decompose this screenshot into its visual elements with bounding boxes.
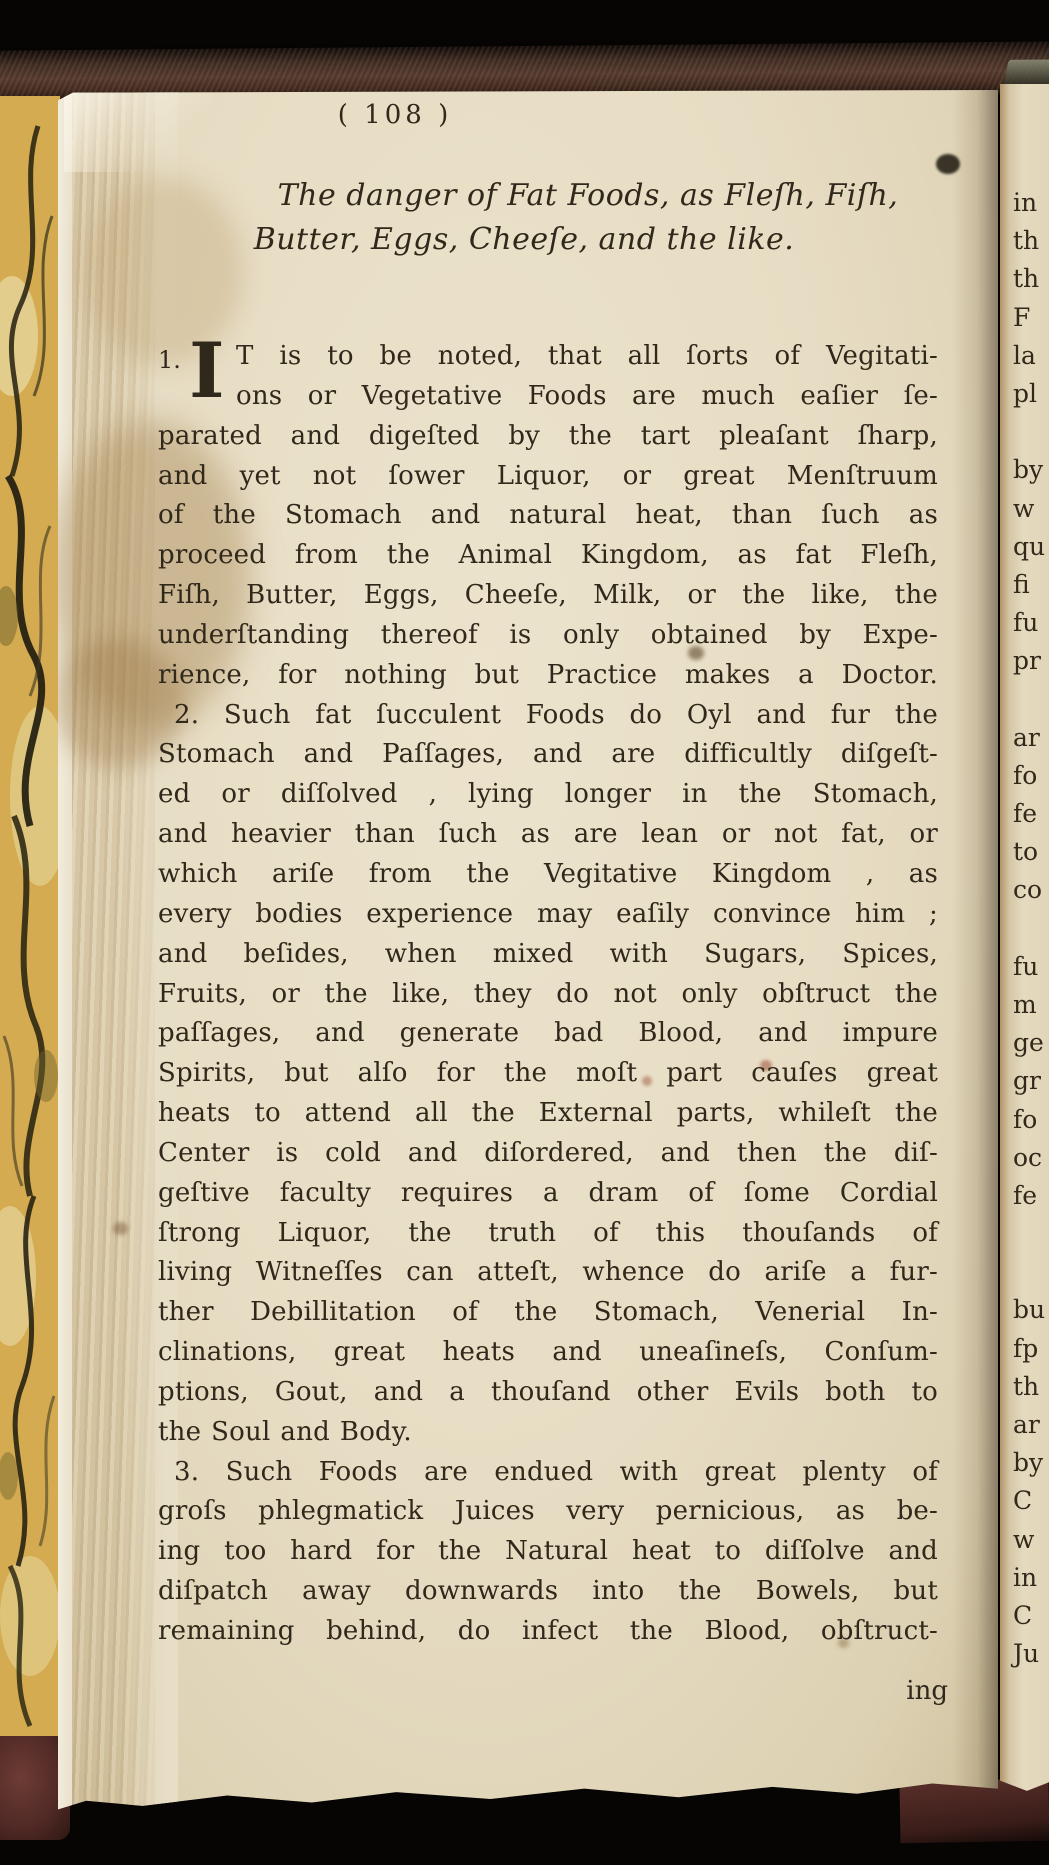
text-line: groſs phlegmatick Juices very pernicious…: [158, 1492, 938, 1532]
text-line: Stomach and Paſſages, and are difficultl…: [158, 735, 938, 775]
text-line: Fruits, or the like, they do not only ob…: [158, 975, 938, 1015]
text-line: diſpatch away downwards into the Bowels,…: [158, 1572, 938, 1612]
next-page-text-fragment: th: [1013, 222, 1045, 260]
text-line: clinations, great heats and uneaſineſs, …: [158, 1333, 938, 1373]
next-page-text-fragment: m: [1013, 986, 1045, 1024]
next-page-text-fragment: ge: [1013, 1024, 1045, 1062]
text-line: proceed from the Animal Kingdom, as fat …: [158, 536, 938, 576]
next-page-text-fragment: fp: [1013, 1330, 1045, 1368]
book-photo: inththFlaplbywqufifuprarfofetocofumgegrf…: [0, 0, 1049, 1865]
text-line: paſſages, and generate bad Blood, and im…: [158, 1014, 938, 1054]
text-line: geſtive faculty requires a dram of ſome …: [158, 1174, 938, 1214]
next-page-text-fragments: inththFlaplbywqufifuprarfofetocofumgegrf…: [1013, 184, 1045, 1673]
next-page-text-fragment: C: [1013, 1597, 1045, 1635]
next-page-text-fragment: Ju: [1013, 1635, 1045, 1673]
next-page-text-fragment: [1013, 413, 1045, 451]
next-page-text-fragment: [1013, 1215, 1045, 1253]
printed-text-layer: ( 108 ) The danger of Fat Foods, as Fleſ…: [58, 90, 998, 1818]
next-page-text-fragment: th: [1013, 1368, 1045, 1406]
text-line: ptions, Gout, and a thouſand other Evils…: [158, 1373, 938, 1413]
text-line: heats to attend all the External parts, …: [158, 1094, 938, 1134]
heading-line: Butter, Eggs, Cheeſe, and the like.: [100, 218, 948, 262]
next-page-text-fragment: fe: [1013, 1177, 1045, 1215]
next-page-text-fragment: [1013, 680, 1045, 718]
next-page-text-fragment: by: [1013, 1444, 1045, 1482]
next-page-text-fragment: fo: [1013, 1101, 1045, 1139]
next-page-text-fragment: w: [1013, 1521, 1045, 1559]
text-line: T is to be noted, that all ſorts of Vegi…: [158, 337, 938, 377]
text-line: and beſides, when mixed with Sugars, Spi…: [158, 935, 938, 975]
next-page-text-fragment: qu: [1013, 528, 1045, 566]
next-page-text-fragment: by: [1013, 451, 1045, 489]
text-line: Center is cold and diſordered, and then …: [158, 1134, 938, 1174]
text-line: every bodies experience may eaſily convi…: [158, 895, 938, 935]
next-page-text-fragment: fi: [1013, 566, 1045, 604]
next-page-text-fragment: [1013, 910, 1045, 948]
text-line: of the Stomach and natural heat, than ſu…: [158, 496, 938, 536]
text-line: ther Debillitation of the Stomach, Vener…: [158, 1293, 938, 1333]
next-page-text-fragment: ar: [1013, 719, 1045, 757]
text-line: ing too hard for the Natural heat to diſ…: [158, 1532, 938, 1572]
next-page-text-fragment: gr: [1013, 1062, 1045, 1100]
catchword: ing: [848, 1676, 948, 1706]
text-line: parated and digeſted by the tart pleaſan…: [158, 417, 938, 457]
text-line: rience, for nothing but Practice makes a…: [158, 656, 938, 696]
text-line: 3. Such Foods are endued with great plen…: [158, 1453, 938, 1493]
next-page-text-fragment: w: [1013, 490, 1045, 528]
text-line: remaining behind, do infect the Blood, o…: [158, 1612, 938, 1652]
next-page-text-fragment: pr: [1013, 642, 1045, 680]
next-page-text-fragment: in: [1013, 1559, 1045, 1597]
next-page-text-fragment: bu: [1013, 1291, 1045, 1329]
next-page-text-fragment: fu: [1013, 948, 1045, 986]
body-text: T is to be noted, that all ſorts of Vegi…: [158, 337, 938, 1652]
text-line: ed or diſſolved , lying longer in the St…: [158, 775, 938, 815]
next-page-text-fragment: th: [1013, 260, 1045, 298]
text-line: underſtanding thereof is only obtained b…: [158, 616, 938, 656]
metal-clasp: [1003, 59, 1049, 86]
next-page-text-fragment: C: [1013, 1482, 1045, 1520]
page-number: ( 108 ): [280, 100, 510, 130]
next-page-text-fragment: pl: [1013, 375, 1045, 413]
next-page-text-fragment: fu: [1013, 604, 1045, 642]
book-page: ( 108 ) The danger of Fat Foods, as Fleſ…: [58, 90, 998, 1818]
next-page-text-fragment: [1013, 1253, 1045, 1291]
heading-line: The danger of Fat Foods, as Fleſh, Fiſh,: [164, 174, 1012, 218]
text-line: Fiſh, Butter, Eggs, Cheeſe, Milk, or the…: [158, 576, 938, 616]
next-page-text-fragment: ar: [1013, 1406, 1045, 1444]
next-page-text-fragment: F: [1013, 299, 1045, 337]
text-line: ons or Vegetative Foods are much eaſier …: [158, 377, 938, 417]
text-line: which ariſe from the Vegitative Kingdom …: [158, 855, 938, 895]
next-page-text-fragment: fo: [1013, 757, 1045, 795]
text-line: and yet not ſower Liquor, or great Menſt…: [158, 457, 938, 497]
section-heading: The danger of Fat Foods, as Fleſh, Fiſh,…: [150, 174, 998, 262]
next-page-edge: inththFlaplbywqufifuprarfofetocofumgegrf…: [1000, 84, 1049, 1796]
text-line: ſtrong Liquor, the truth of this thouſan…: [158, 1214, 938, 1254]
marbled-endpaper: [0, 96, 60, 1760]
next-page-text-fragment: fe: [1013, 795, 1045, 833]
next-page-text-fragment: co: [1013, 871, 1045, 909]
text-line: the Soul and Body.: [158, 1413, 938, 1453]
text-line: and heavier than ſuch as are lean or not…: [158, 815, 938, 855]
text-line: 2. Such fat ſucculent Foods do Oyl and f…: [158, 696, 938, 736]
next-page-text-fragment: in: [1013, 184, 1045, 222]
text-line: living Witneſſes can atteſt, whence do a…: [158, 1253, 938, 1293]
next-page-text-fragment: la: [1013, 337, 1045, 375]
next-page-text-fragment: to: [1013, 833, 1045, 871]
marble-pattern: [0, 96, 60, 1760]
next-page-text-fragment: oc: [1013, 1139, 1045, 1177]
text-line: Spirits, but alſo for the moſt part cauſ…: [158, 1054, 938, 1094]
